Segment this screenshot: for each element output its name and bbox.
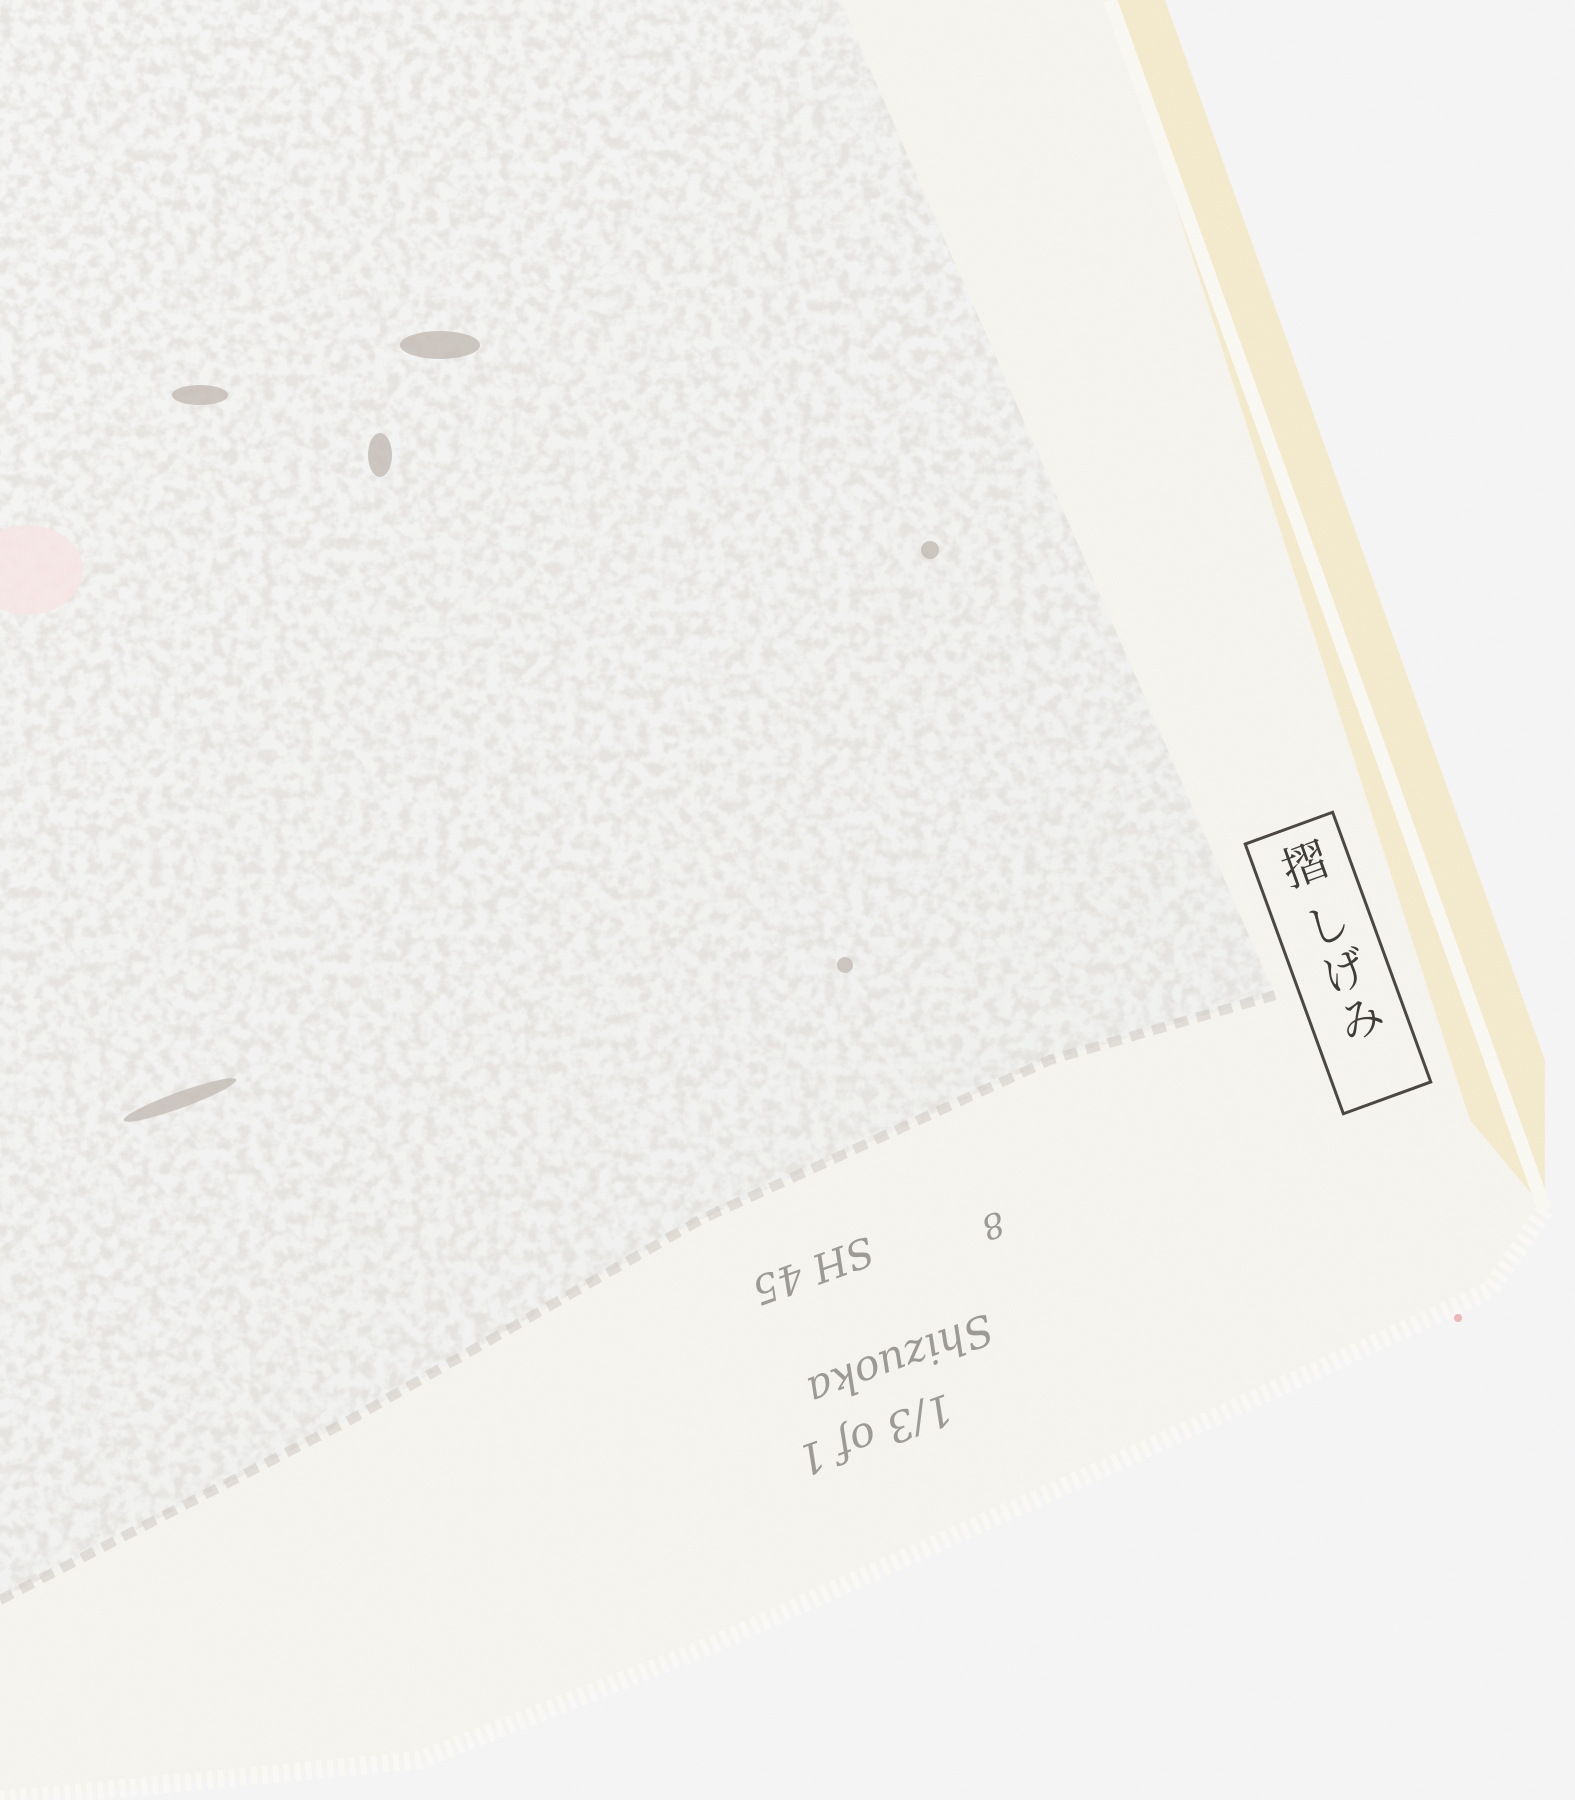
photo-scene: 摺 しげみ SH 45 8 Shizuoka 1/3 of 1 <box>0 0 1575 1800</box>
seal-kanji: 摺 <box>1273 835 1333 898</box>
